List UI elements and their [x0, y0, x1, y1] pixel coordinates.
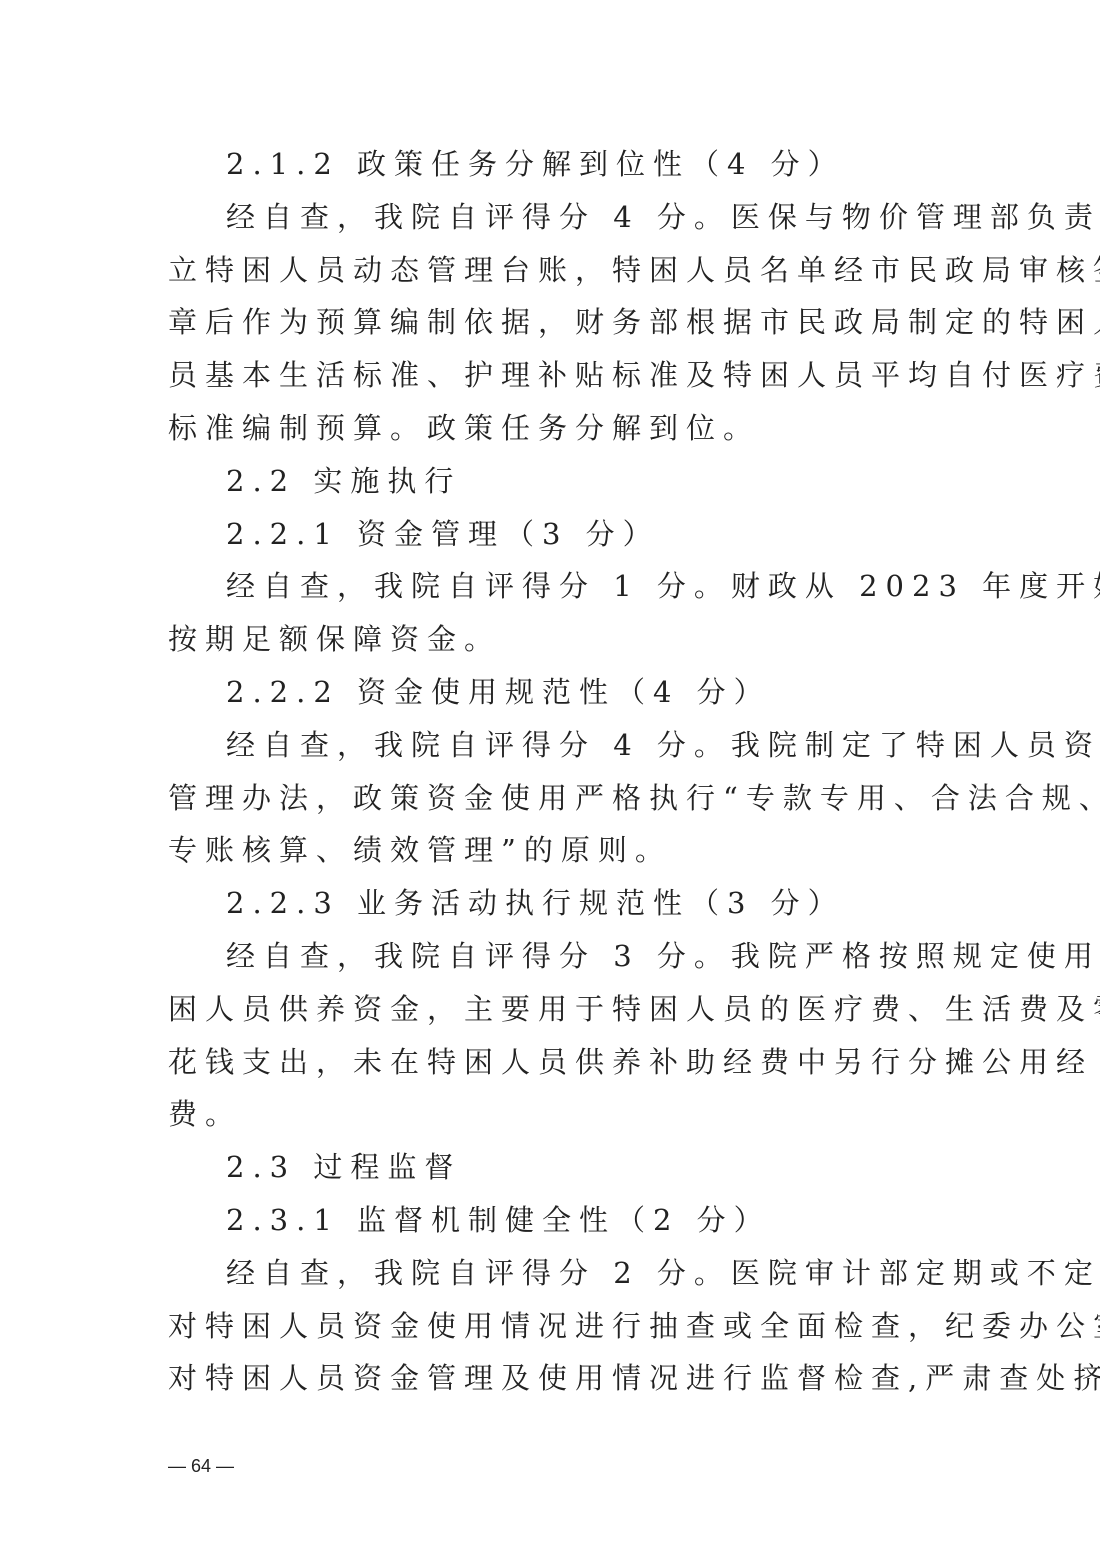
page-number: — 64 —: [168, 1456, 234, 1477]
document-page: 2.1.2 政策任务分解到位性（4 分） 经自查，我院自评得分 4 分。医保与物…: [0, 0, 1100, 1555]
section-heading-2-2-1: 2.2.1 资金管理（3 分）: [168, 508, 934, 561]
section-heading-2-3-1: 2.3.1 监督机制健全性（2 分）: [168, 1194, 934, 1247]
paragraph-line: 标准编制预算。政策任务分解到位。: [168, 402, 934, 455]
page-content: 2.1.2 政策任务分解到位性（4 分） 经自查，我院自评得分 4 分。医保与物…: [168, 138, 934, 1405]
section-heading-2-2: 2.2 实施执行: [168, 455, 934, 508]
paragraph-line: 经自查，我院自评得分 3 分。我院严格按照规定使用特: [168, 930, 934, 983]
paragraph-line: 花钱支出，未在特困人员供养补助经费中另行分摊公用经: [168, 1036, 934, 1089]
paragraph-line: 章后作为预算编制依据，财务部根据市民政局制定的特困人: [168, 296, 934, 349]
paragraph-line: 经自查，我院自评得分 4 分。医保与物价管理部负责建: [168, 191, 934, 244]
section-heading-2-2-3: 2.2.3 业务活动执行规范性（3 分）: [168, 877, 934, 930]
paragraph-line: 按期足额保障资金。: [168, 613, 934, 666]
paragraph-line: 员基本生活标准、护理补贴标准及特困人员平均自付医疗费: [168, 349, 934, 402]
section-heading-2-3: 2.3 过程监督: [168, 1141, 934, 1194]
paragraph-line: 专账核算、绩效管理”的原则。: [168, 824, 934, 877]
paragraph-line: 费。: [168, 1088, 934, 1141]
paragraph-line: 立特困人员动态管理台账，特困人员名单经市民政局审核签: [168, 244, 934, 297]
section-heading-2-2-2: 2.2.2 资金使用规范性（4 分）: [168, 666, 934, 719]
paragraph-line: 经自查，我院自评得分 4 分。我院制定了特困人员资金: [168, 719, 934, 772]
paragraph-line: 经自查，我院自评得分 1 分。财政从 2023 年度开始未: [168, 560, 934, 613]
paragraph-line: 经自查，我院自评得分 2 分。医院审计部定期或不定期: [168, 1247, 934, 1300]
paragraph-line: 困人员供养资金，主要用于特困人员的医疗费、生活费及零: [168, 983, 934, 1036]
section-heading-2-1-2: 2.1.2 政策任务分解到位性（4 分）: [168, 138, 934, 191]
paragraph-line: 对特困人员资金管理及使用情况进行监督检查,严肃查处挤: [168, 1352, 934, 1405]
paragraph-line: 管理办法，政策资金使用严格执行“专款专用、合法合规、: [168, 772, 934, 825]
paragraph-line: 对特困人员资金使用情况进行抽查或全面检查，纪委办公室: [168, 1300, 934, 1353]
